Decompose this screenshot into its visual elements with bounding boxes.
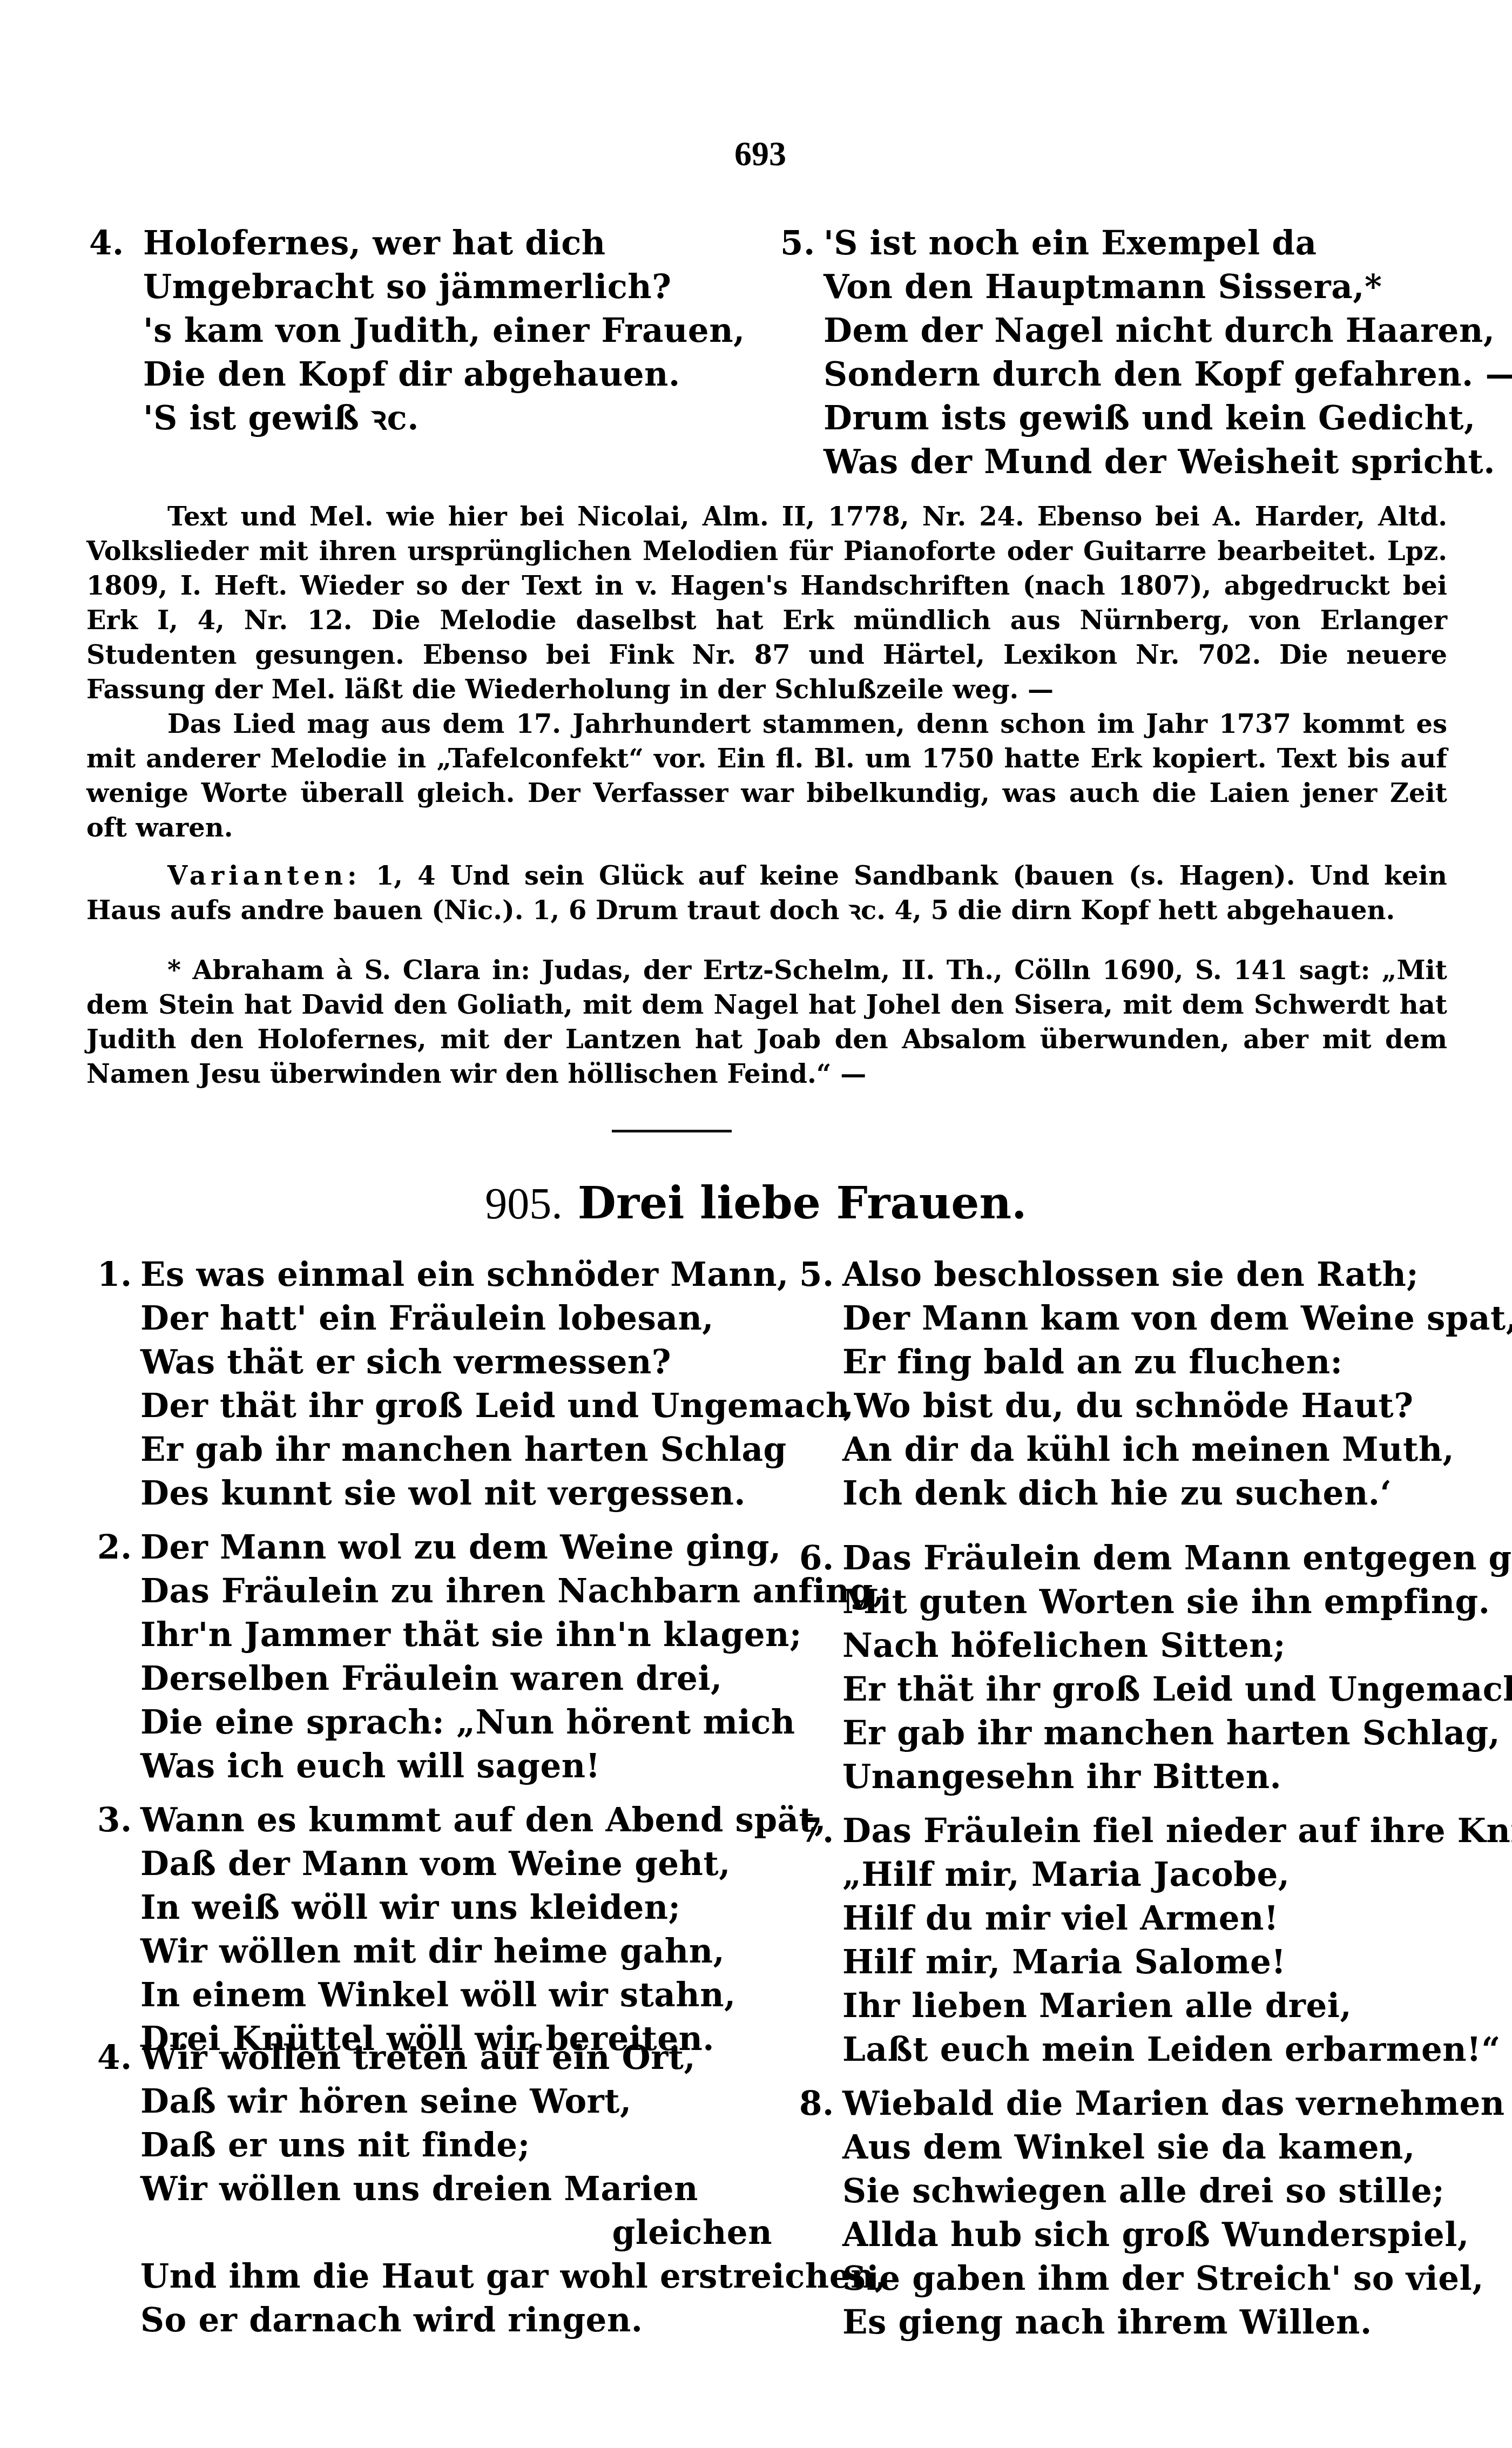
page-number: 693 <box>734 134 778 174</box>
stanza-number: 4. <box>97 2036 140 2080</box>
stanza-number: 5. <box>780 221 823 265</box>
verse-line: Des kunnt sie wol nit vergessen. <box>97 1472 850 1515</box>
stanza-number: 2. <box>97 1526 140 1569</box>
verse-line: Mit guten Worten sie ihn empfing. <box>799 1580 1512 1624</box>
note-paragraph: Text und Mel. wie hier bei Nicolai, Alm.… <box>86 500 1447 707</box>
verse-line: Daß der Mann vom Weine geht, <box>97 1842 826 1886</box>
verse-line: Die den Kopf dir abgehauen. <box>89 353 745 396</box>
song-notes: Text und Mel. wie hier bei Nicolai, Alm.… <box>86 500 1447 845</box>
verse-line: Unangesehn ihr Bitten. <box>799 1755 1512 1799</box>
verse-line-continuation: gleichen <box>97 2211 772 2255</box>
verse-line: Und ihm die Haut gar wohl erstreichen, <box>97 2255 772 2298</box>
verse-line: Ich denk dich hie zu suchen.‘ <box>799 1472 1512 1515</box>
song-number: 905. <box>485 1179 563 1228</box>
stanza-2: 2.Der Mann wol zu dem Weine ging, Das Fr… <box>97 1526 885 1788</box>
verse-line: Ihr'n Jammer thät sie ihn'n klagen; <box>97 1613 885 1657</box>
verse-line: 7.Das Fräulein fiel nieder auf ihre Knie… <box>799 1809 1512 1853</box>
verse-line: Derselben Fräulein waren drei, <box>97 1657 885 1701</box>
verse-line: Daß er uns nit finde; <box>97 2123 772 2167</box>
verse-line: So er darnach wird ringen. <box>97 2298 772 2342</box>
verse-line: 'S ist gewiß ꝛc. <box>89 396 745 440</box>
stanza-3: 3.Wann es kummt auf den Abend spät, Daß … <box>97 1798 826 2061</box>
verse-line: Allda hub sich groß Wunderspiel, <box>799 2213 1505 2257</box>
verse-line: 4.Holofernes, wer hat dich <box>89 221 745 265</box>
verse-line: Dem der Nagel nicht durch Haaren, <box>780 309 1512 353</box>
footnote: * Abraham à S. Clara in: Judas, der Ertz… <box>86 953 1447 1091</box>
verse-line: Der Mann kam von dem Weine spat, <box>799 1297 1512 1340</box>
verse-line: Sie gaben ihm der Streich' so viel, <box>799 2257 1505 2301</box>
variants-label: Varianten: <box>167 861 361 891</box>
stanza-5: 5.Also beschlossen sie den Rath; Der Man… <box>799 1253 1512 1515</box>
verse-line: Sondern durch den Kopf gefahren. — <box>780 353 1512 396</box>
verse-line: Hilf du mir viel Armen! <box>799 1897 1512 1940</box>
stanza-4: 4.Wir wollen treten auf ein Ort, Daß wir… <box>97 2036 772 2342</box>
verse-line: Drum ists gewiß und kein Gedicht, <box>780 396 1512 440</box>
verse-line: Umgebracht so jämmerlich? <box>89 265 745 309</box>
stanza-number: 7. <box>799 1809 842 1853</box>
verse-line: Was ich euch will sagen! <box>97 1744 885 1788</box>
verse-line: 5.'S ist noch ein Exempel da <box>780 221 1512 265</box>
verse-line: Der hatt' ein Fräulein lobesan, <box>97 1297 850 1340</box>
song-heading: 905.Drei liebe Frauen. <box>0 1177 1512 1229</box>
stanza-number: 8. <box>799 2082 842 2126</box>
verse-line: 2.Der Mann wol zu dem Weine ging, <box>97 1526 885 1569</box>
verse-line: 's kam von Judith, einer Frauen, <box>89 309 745 353</box>
verse-line: Laßt euch mein Leiden erbarmen!“ <box>799 2028 1512 2072</box>
verse-line: 5.Also beschlossen sie den Rath; <box>799 1253 1512 1297</box>
verse-line: Wir wöllen mit dir heime gahn, <box>97 1930 826 1973</box>
prev-stanza-5: 5.'S ist noch ein Exempel da Von den Hau… <box>780 221 1512 484</box>
stanza-8: 8.Wiebald die Marien das vernehmen Aus d… <box>799 2082 1505 2344</box>
verse-line: Was thät er sich vermessen? <box>97 1340 850 1384</box>
verse-line: Was der Mund der Weisheit spricht. <box>780 440 1512 484</box>
verse-line: 6.Das Fräulein dem Mann entgegen ging, <box>799 1536 1512 1580</box>
verse-line: Er gab ihr manchen harten Schlag <box>97 1428 850 1472</box>
verse-line: Er gab ihr manchen harten Schlag, <box>799 1711 1512 1755</box>
verse-line: 3.Wann es kummt auf den Abend spät, <box>97 1798 826 1842</box>
verse-line: Es gieng nach ihrem Willen. <box>799 2301 1505 2344</box>
stanza-number: 1. <box>97 1253 140 1297</box>
verse-line: Das Fräulein zu ihren Nachbarn anfing, <box>97 1569 885 1613</box>
verse-line: Nach höfelichen Sitten; <box>799 1624 1512 1668</box>
verse-line: Aus dem Winkel sie da kamen, <box>799 2126 1505 2169</box>
note-paragraph: Das Lied mag aus dem 17. Jahrhundert sta… <box>86 707 1447 845</box>
verse-line: Ihr lieben Marien alle drei, <box>799 1984 1512 2028</box>
section-divider <box>612 1130 732 1132</box>
stanza-7: 7.Das Fräulein fiel nieder auf ihre Knie… <box>799 1809 1512 2072</box>
prev-stanza-4: 4.Holofernes, wer hat dich Umgebracht so… <box>89 221 745 440</box>
verse-line: „Hilf mir, Maria Jacobe, <box>799 1853 1512 1897</box>
verse-line: ‚Wo bist du, du schnöde Haut? <box>799 1384 1512 1428</box>
verse-line: 8.Wiebald die Marien das vernehmen <box>799 2082 1505 2126</box>
stanza-number: 5. <box>799 1253 842 1297</box>
verse-line: Daß wir hören seine Wort, <box>97 2080 772 2123</box>
verse-line: 1.Es was einmal ein schnöder Mann, <box>97 1253 850 1297</box>
stanza-6: 6.Das Fräulein dem Mann entgegen ging, M… <box>799 1536 1512 1799</box>
stanza-number: 3. <box>97 1798 140 1842</box>
variants: Varianten: 1, 4 Und sein Glück auf keine… <box>86 859 1447 928</box>
verse-line: Die eine sprach: „Nun hörent mich <box>97 1701 885 1744</box>
verse-line: Von den Hauptmann Sissera,* <box>780 265 1512 309</box>
verse-line: Der thät ihr groß Leid und Ungemach <box>97 1384 850 1428</box>
verse-line: 4.Wir wollen treten auf ein Ort, <box>97 2036 772 2080</box>
stanza-1: 1.Es was einmal ein schnöder Mann, Der h… <box>97 1253 850 1515</box>
verse-line: In weiß wöll wir uns kleiden; <box>97 1886 826 1930</box>
verse-line: An dir da kühl ich meinen Muth, <box>799 1428 1512 1472</box>
verse-line: Hilf mir, Maria Salome! <box>799 1940 1512 1984</box>
song-title: Drei liebe Frauen. <box>578 1177 1027 1229</box>
verse-line: Wir wöllen uns dreien Marien <box>97 2167 772 2211</box>
stanza-number: 4. <box>89 221 143 265</box>
footnote-text: * Abraham à S. Clara in: Judas, der Ertz… <box>86 953 1447 1091</box>
stanza-number: 6. <box>799 1536 842 1580</box>
book-page: 693 4.Holofernes, wer hat dich Umgebrach… <box>0 0 1512 2448</box>
verse-line: Er thät ihr groß Leid und Ungemach, <box>799 1668 1512 1711</box>
verse-line: In einem Winkel wöll wir stahn, <box>97 1973 826 2017</box>
verse-line: Sie schwiegen alle drei so stille; <box>799 2169 1505 2213</box>
verse-line: Er fing bald an zu fluchen: <box>799 1340 1512 1384</box>
